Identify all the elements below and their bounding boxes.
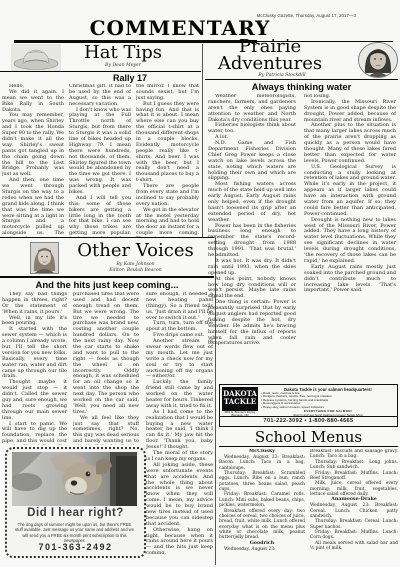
hat-tips-rule <box>0 71 201 72</box>
school-menus-title: School Menus <box>219 428 398 446</box>
rally-17-headline: Rally 17 <box>50 73 210 83</box>
goodrich-menu: Wednesday, August 23: <box>219 547 305 552</box>
always-thinking-water-headline: Always thinking water <box>205 82 398 93</box>
subscription-ad-headline: Did I hear right? <box>7 507 144 519</box>
other-voices-column-1: They say bad things happen in threes, ri… <box>2 292 67 445</box>
kate-portrait-illustration <box>31 243 58 273</box>
tackle-logo-line2: TACKLE <box>222 398 258 406</box>
other-voices-editor-line: Editor: Beulah Beacon <box>58 268 213 273</box>
kate-johnson-photo <box>30 242 59 274</box>
tackle-logo-block: DAKOTA TACKLE 3901 E. Bismarck Expwy. Bi… <box>222 387 258 416</box>
column-divider-top <box>202 44 203 237</box>
prairie-byline: By Patricia Stockdill <box>212 73 352 78</box>
hat-tips-title: Hat Tips <box>62 42 184 63</box>
newspaper-page: McClusky Gazette, Thursday, August 17, 2… <box>0 0 400 567</box>
other-voices-top-rule <box>0 237 214 238</box>
other-voices-column-2: purchased tires that were used and had d… <box>73 292 139 445</box>
goodrich-menu-continued: Breakfast: Biscuits and sausage gravy. L… <box>310 449 398 497</box>
tackle-logo: DAKOTA TACKLE <box>222 387 258 411</box>
other-voices-rule <box>0 276 214 278</box>
tackle-ad-top: DAKOTA TACKLE 3901 E. Bismarck Expwy. Bi… <box>220 385 397 416</box>
tackle-ad-copy: Dakota Tackle is your salmon headquarter… <box>258 387 395 416</box>
prairie-rule <box>205 79 398 80</box>
prairie-column-2: not losing.Ironically, the Missouri Rive… <box>304 94 396 382</box>
tackle-ad: DAKOTA TACKLE 3901 E. Bismarck Expwy. Bi… <box>219 384 398 427</box>
hat-tips-column-2: Christmas gift. It had to be used by the… <box>69 84 131 237</box>
dog-illustration <box>12 452 137 506</box>
subscription-ad-phone: 701-363-2492 <box>7 542 144 552</box>
tackle-ad-bullets: Rods, reels, combos & lineDodgers, flash… <box>261 392 395 409</box>
subscription-ad: Did I hear right? The dog days of summer… <box>5 447 146 558</box>
subscription-ad-body: The dog days of summer might be upon us,… <box>14 522 135 543</box>
other-voices-byline: By Kate Johnson <box>58 262 213 267</box>
other-voices-title: Other Voices <box>58 240 213 261</box>
patricia-portrait-illustration <box>359 43 397 77</box>
other-voices-column-3: sure enough, it needed a new heating pan… <box>146 292 213 554</box>
tackle-address-2: Bismarck, ND <box>222 414 258 417</box>
school-menus-rule <box>219 446 398 447</box>
patricia-stockdill-photo <box>358 42 398 78</box>
dog-photo <box>12 452 137 506</box>
prairie-column-1: Weather meteorologists, ranchers, farmer… <box>208 94 296 382</box>
anamoose-drake-menu: Wednesday, August 23: Breakfast: Cereal.… <box>310 503 398 551</box>
hat-tips-byline: By Dean Meyer <box>62 63 184 68</box>
mcclusky-menu: Wednesday, August 23: Breakfast: Bacon. … <box>219 455 305 541</box>
school-menus-column-2: Breakfast: Biscuits and sausage gravy. L… <box>310 449 398 564</box>
cowboy-hat-photo <box>11 44 61 71</box>
hat-tips-column-3: the mirror. I know that sounds sexist, b… <box>136 84 199 237</box>
tackle-ad-shopline: Stop in and see North Dakota's Largest T… <box>261 413 395 416</box>
school-menus-column-1: McClusky Wednesday, August 23: Breakfast… <box>219 449 305 564</box>
hat-tips-column-1: Hello,We did it again. I mean we went to… <box>2 84 64 237</box>
hits-keep-coming-headline: And the hits just keep coming... <box>0 280 214 291</box>
cowboy-hat-illustration <box>11 44 61 71</box>
prairie-title-line2: Adventures <box>212 55 328 73</box>
